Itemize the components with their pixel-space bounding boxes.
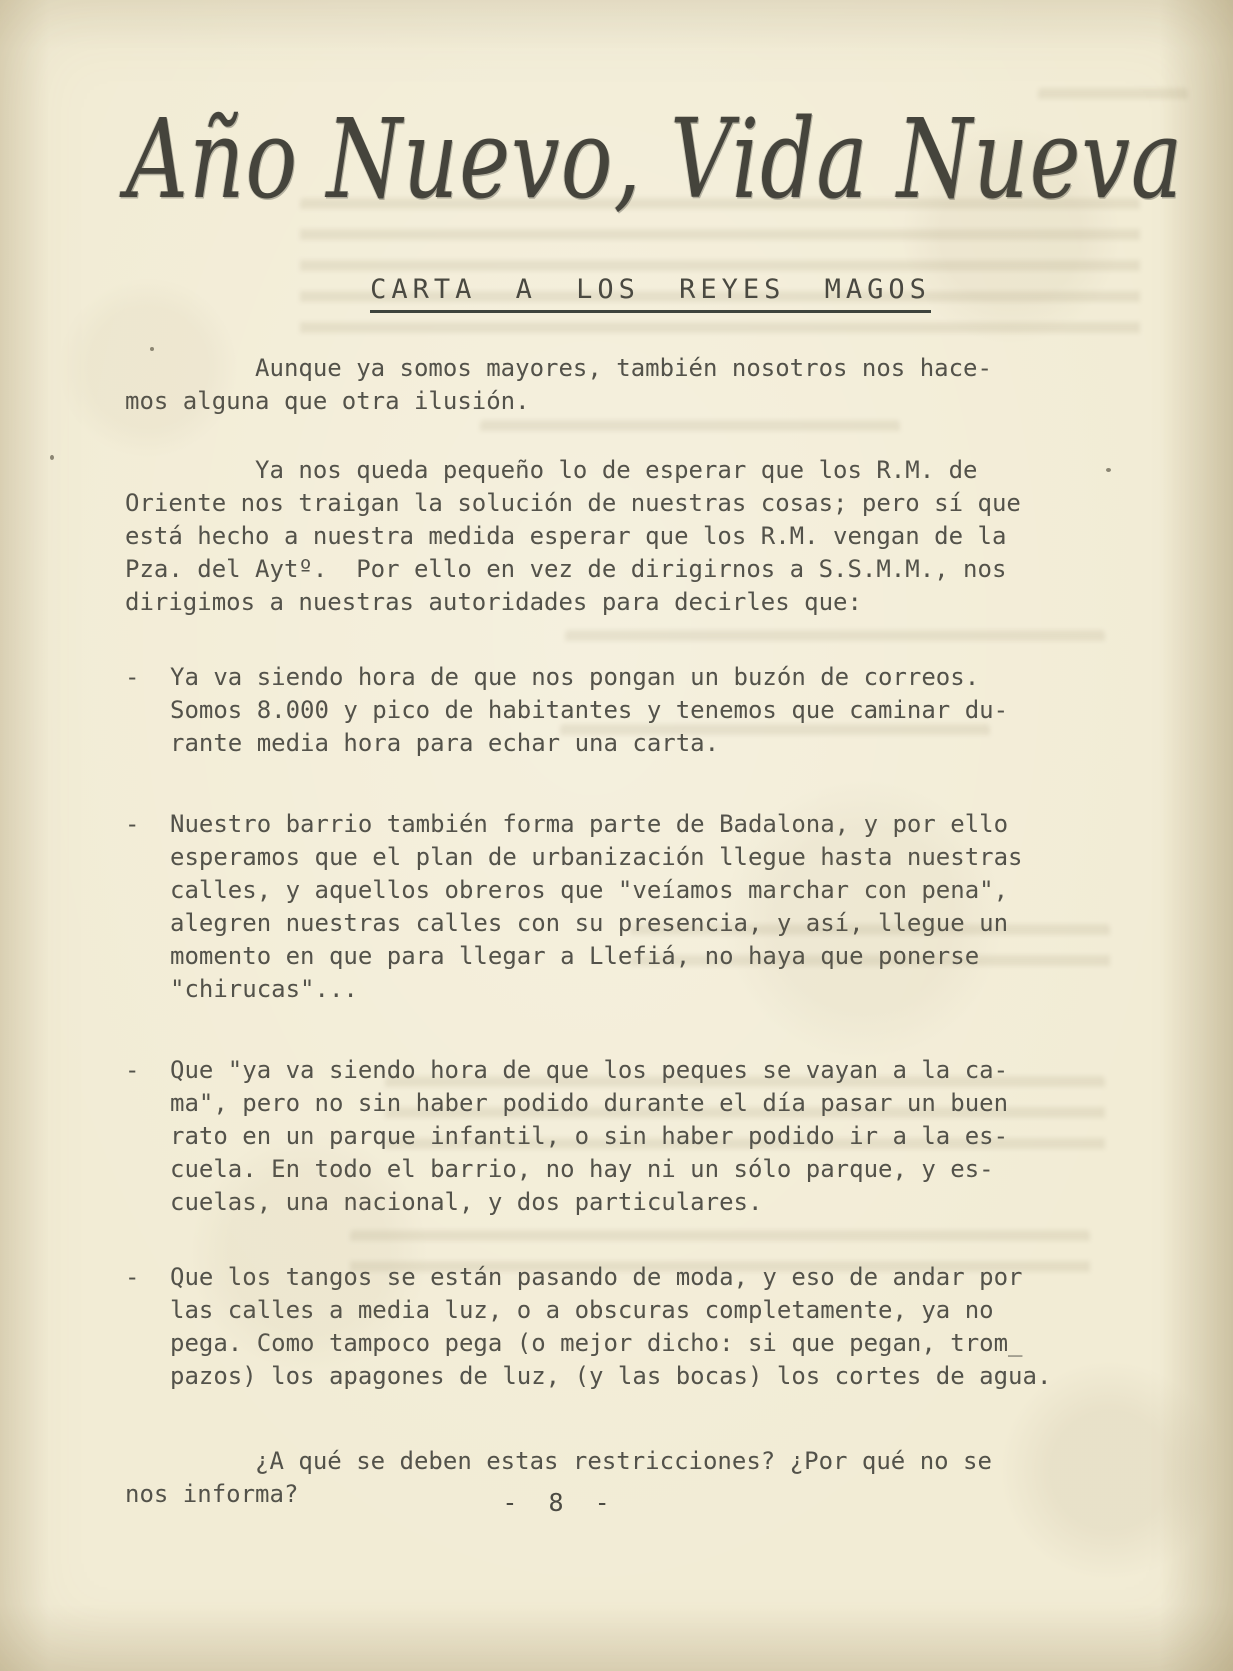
text-line: Oriente nos traigan la solución de nuest… (125, 487, 1091, 520)
text-line: pega. Como tampoco pega (o mejor dicho: … (170, 1327, 1091, 1360)
paper-speck (150, 347, 154, 351)
text-line: rante media hora para echar una carta. (170, 727, 1091, 760)
document-body: Aunque ya somos mayores, también nosotro… (125, 352, 1091, 1511)
text-line: pazos) los apagones de luz, (y las bocas… (170, 1360, 1091, 1393)
section-heading: CARTA A LOS REYES MAGOS (370, 274, 931, 313)
text-line: cuelas, una nacional, y dos particulares… (170, 1186, 1091, 1219)
document-page: Año Nuevo, Vida Nueva CARTA A LOS REYES … (0, 0, 1233, 1671)
text-line: alegren nuestras calles con su presencia… (170, 907, 1091, 940)
text-line: ma", pero no sin haber podido durante el… (170, 1087, 1091, 1120)
text-line: las calles a media luz, o a obscuras com… (170, 1294, 1091, 1327)
bullet-item: - Que los tangos se están pasando de mod… (125, 1261, 1091, 1393)
paper-speck (50, 455, 54, 460)
text-line: momento en que para llegar a Llefiá, no … (170, 940, 1091, 973)
bullet-item: - Nuestro barrio también forma parte de … (125, 808, 1091, 1006)
bullet-marker: - (125, 808, 170, 1006)
text-line: ¿A qué se deben estas restricciones? ¿Po… (125, 1445, 1091, 1478)
text-line: esperamos que el plan de urbanización ll… (170, 841, 1091, 874)
text-line: Somos 8.000 y pico de habitantes y tenem… (170, 694, 1091, 727)
paragraph-intro-2: Ya nos queda pequeño lo de esperar que l… (125, 454, 1091, 619)
bullet-text: Que los tangos se están pasando de moda,… (170, 1261, 1091, 1393)
bullet-marker: - (125, 1054, 170, 1219)
bullet-item: - Que "ya va siendo hora de que los pequ… (125, 1054, 1091, 1219)
text-line: calles, y aquellos obreros que "veíamos … (170, 874, 1091, 907)
text-line: rato en un parque infantil, o sin haber … (170, 1120, 1091, 1153)
text-line: mos alguna que otra ilusión. (125, 385, 1091, 418)
bullet-item: - Ya va siendo hora de que nos pongan un… (125, 661, 1091, 760)
text-line: cuela. En todo el barrio, no hay ni un s… (170, 1153, 1091, 1186)
bullet-text: Que "ya va siendo hora de que los peques… (170, 1054, 1091, 1219)
section-heading-wrap: CARTA A LOS REYES MAGOS (0, 274, 1233, 313)
paragraph-intro-1: Aunque ya somos mayores, también nosotro… (125, 352, 1091, 418)
text-line: está hecho a nuestra medida esperar que … (125, 520, 1091, 553)
bullet-text: Ya va siendo hora de que nos pongan un b… (170, 661, 1091, 760)
bullet-text: Nuestro barrio también forma parte de Ba… (170, 808, 1091, 1006)
text-line: Que los tangos se están pasando de moda,… (170, 1261, 1091, 1294)
page-title: Año Nuevo, Vida Nueva (126, 96, 1183, 224)
text-line: Que "ya va siendo hora de que los peques… (170, 1054, 1091, 1087)
bullet-marker: - (125, 1261, 170, 1393)
paper-speck (1106, 468, 1111, 472)
text-line: dirigimos a nuestras autoridades para de… (125, 586, 1091, 619)
page-number: - 8 - (77, 1488, 1043, 1517)
text-line: Ya nos queda pequeño lo de esperar que l… (125, 454, 1091, 487)
text-line: "chirucas"... (170, 973, 1091, 1006)
bullet-marker: - (125, 661, 170, 760)
text-line: Aunque ya somos mayores, también nosotro… (125, 352, 1091, 385)
text-line: Ya va siendo hora de que nos pongan un b… (170, 661, 1091, 694)
text-line: Pza. del Aytº. Por ello en vez de dirigi… (125, 553, 1091, 586)
text-line: Nuestro barrio también forma parte de Ba… (170, 808, 1091, 841)
